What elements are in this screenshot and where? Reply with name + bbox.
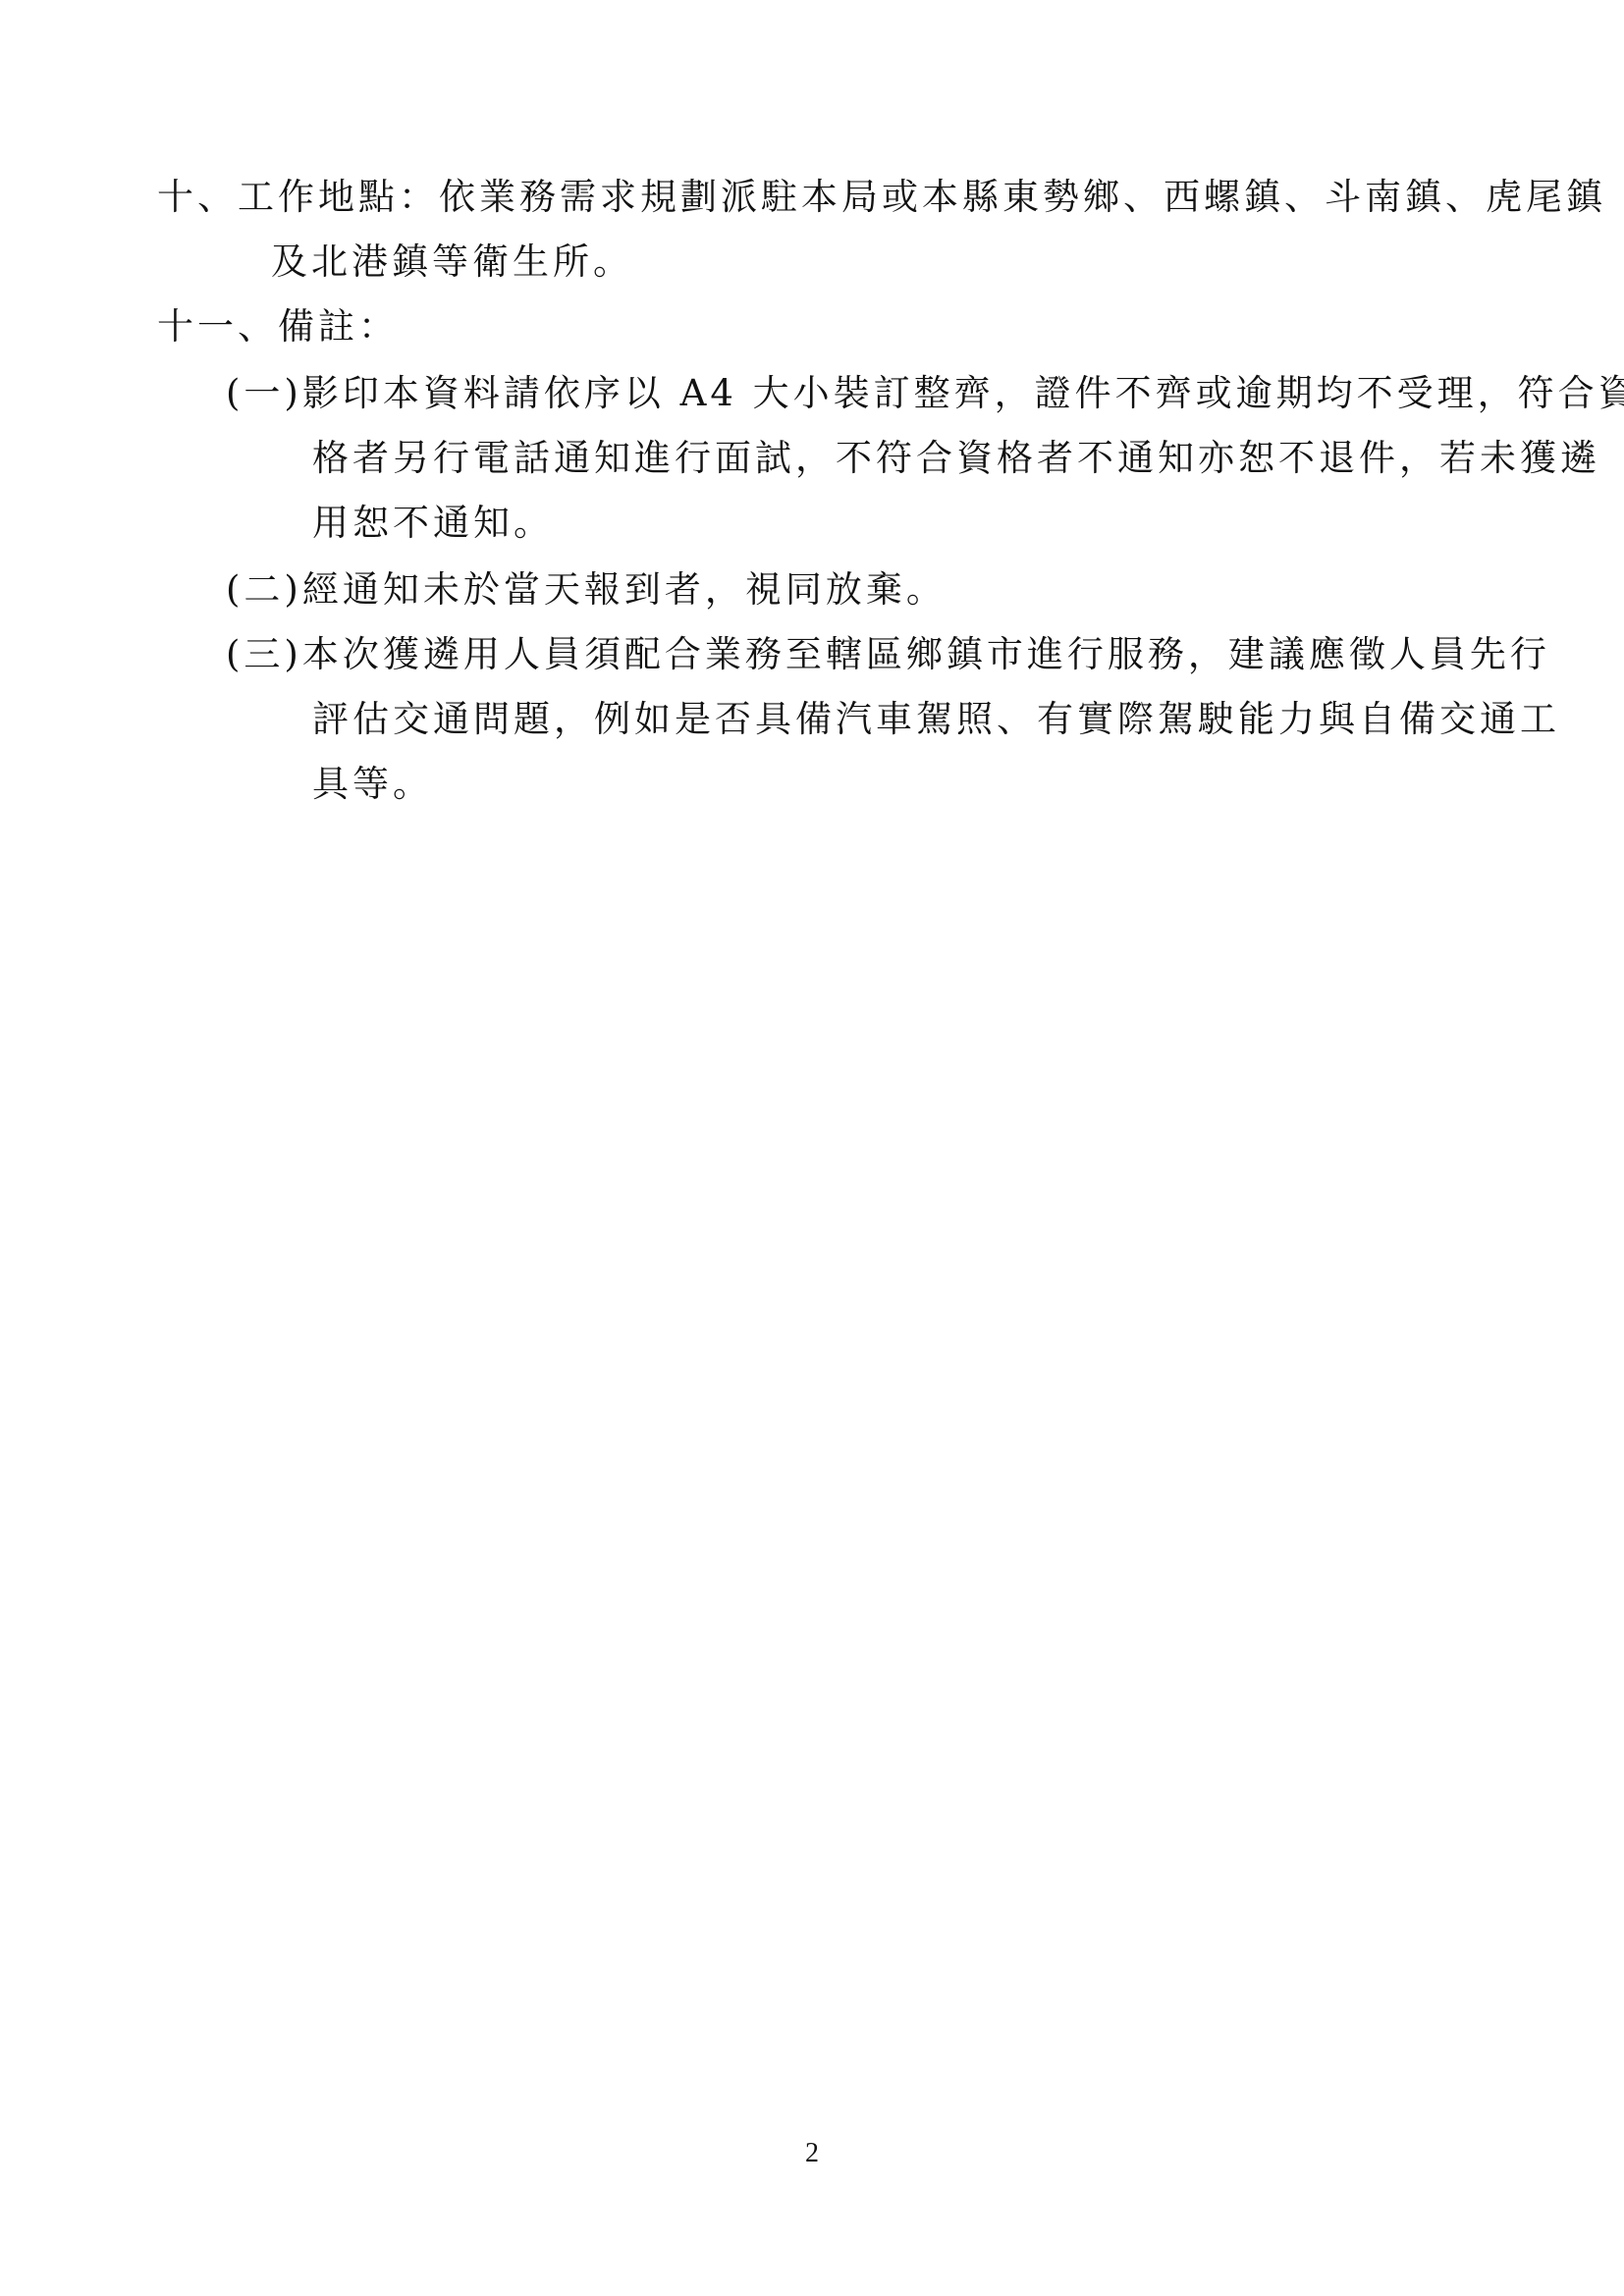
document-page: 十、工作地點：依業務需求規劃派駐本局或本縣東勢鄉、西螺鎮、斗南鎮、虎尾鎮 及北港… — [0, 0, 1624, 2296]
remark-2-line-1: (二)經通知未於當天報到者，視同放棄。 — [226, 565, 947, 614]
section-11-heading: 十一、備註： — [157, 302, 399, 351]
page-number: 2 — [0, 2138, 1624, 2169]
remark-1-line-2: 格者另行電話通知進行面試，不符合資格者不通知亦恕不退件，若未獲遴 — [312, 434, 1600, 483]
remark-3-line-3: 具等。 — [312, 760, 433, 809]
section-10-line-1: 十、工作地點：依業務需求規劃派駐本局或本縣東勢鄉、西螺鎮、斗南鎮、虎尾鎮 — [157, 173, 1606, 222]
remark-1-line-3: 用恕不通知。 — [312, 499, 554, 548]
section-10-line-2: 及北港鎮等衛生所。 — [271, 238, 633, 287]
remark-3-line-1: (三)本次獲遴用人員須配合業務至轄區鄉鎮市進行服務，建議應徵人員先行 — [226, 630, 1550, 679]
remark-1-line-1: (一)影印本資料請依序以 A4 大小裝訂整齊，證件不齊或逾期均不受理，符合資 — [226, 369, 1624, 418]
remark-3-line-2: 評估交通問題，例如是否具備汽車駕照、有實際駕駛能力與自備交通工 — [312, 695, 1560, 744]
